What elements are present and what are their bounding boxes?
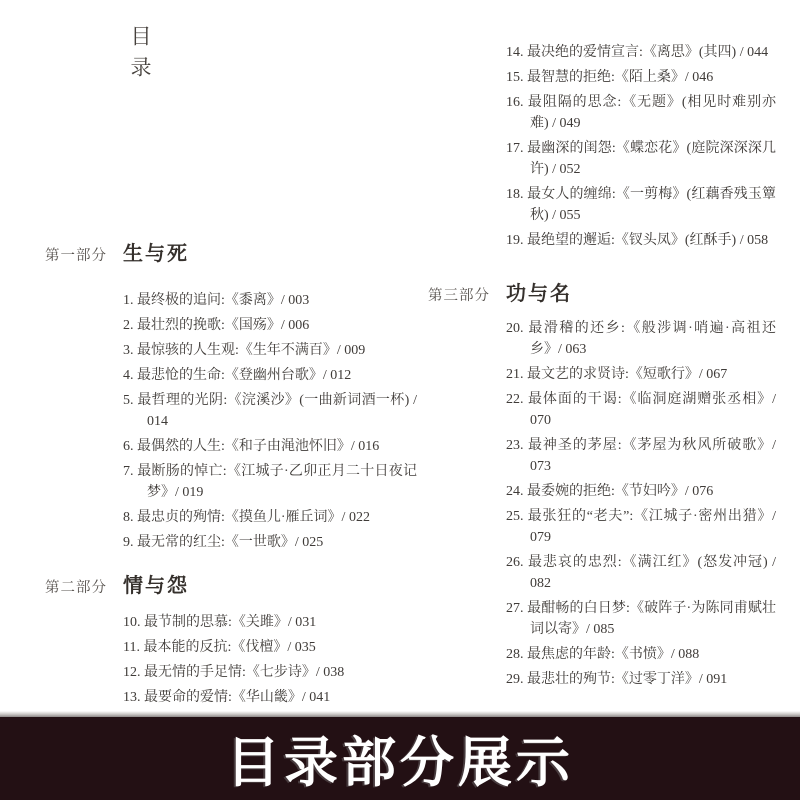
toc-entry: 12. 最无情的手足情:《七步诗》/ 038 — [123, 662, 417, 683]
toc-entry: 10. 最节制的思慕:《关雎》/ 031 — [123, 612, 417, 633]
toc-entry: 8. 最忠贞的殉情:《摸鱼儿·雁丘词》/ 022 — [123, 507, 417, 528]
toc-entry: 18. 最女人的缠绵:《一剪梅》(红藕香残玉簟秋) / 055 — [506, 184, 776, 226]
section-title: 生与死 — [123, 237, 189, 266]
section-label: 第一部分 — [45, 244, 123, 265]
toc-entry: 24. 最委婉的拒绝:《节妇吟》/ 076 — [506, 481, 776, 502]
toc-entry: 22. 最体面的干谒:《临洞庭湖赠张丞相》/ 070 — [506, 389, 776, 431]
toc-entries-part2-continued: 14. 最决绝的爱情宣言:《离思》(其四) / 044 15. 最智慧的拒绝:《… — [428, 42, 776, 251]
toc-entry: 6. 最偶然的人生:《和子由渑池怀旧》/ 016 — [123, 436, 417, 457]
toc-right-column: 14. 最决绝的爱情宣言:《离思》(其四) / 044 15. 最智慧的拒绝:《… — [428, 42, 776, 694]
toc-entry: 16. 最阻隔的思念:《无题》(相见时难别亦难) / 049 — [506, 92, 776, 134]
toc-entry: 25. 最张狂的“老夫”:《江城子·密州出猎》/ 079 — [506, 506, 776, 548]
toc-left-column: 目录 第一部分 生与死 1. 最终极的追问:《黍离》/ 003 2. 最壮烈的挽… — [45, 25, 417, 712]
toc-entry: 15. 最智慧的拒绝:《陌上桑》/ 046 — [506, 67, 776, 88]
toc-entry: 7. 最断肠的悼亡:《江城子·乙卯正月二十日夜记梦》/ 019 — [123, 461, 417, 503]
toc-entry: 3. 最惊骇的人生观:《生年不满百》/ 009 — [123, 340, 417, 361]
section-label: 第二部分 — [45, 576, 123, 597]
toc-entries-part1: 1. 最终极的追问:《黍离》/ 003 2. 最壮烈的挽歌:《国殇》/ 006 … — [45, 290, 417, 553]
toc-entries-part2: 10. 最节制的思慕:《关雎》/ 031 11. 最本能的反抗:《伐檀》/ 03… — [45, 612, 417, 708]
toc-entry: 19. 最绝望的邂逅:《钗头凤》(红酥手) / 058 — [506, 230, 776, 251]
section-heading-part2: 第二部分 情与怨 — [45, 569, 417, 598]
toc-entry: 21. 最文艺的求贤诗:《短歌行》/ 067 — [506, 364, 776, 385]
section-title: 功与名 — [506, 277, 572, 306]
section-heading-part3: 第三部分 功与名 — [428, 277, 776, 306]
toc-entry: 26. 最悲哀的忠烈:《满江红》(怒发冲冠) / 082 — [506, 552, 776, 594]
toc-entry: 28. 最焦虑的年龄:《书愤》/ 088 — [506, 644, 776, 665]
toc-entry: 2. 最壮烈的挽歌:《国殇》/ 006 — [123, 315, 417, 336]
toc-entry: 17. 最幽深的闺怨:《蝶恋花》(庭院深深深几许) / 052 — [506, 138, 776, 180]
toc-entry: 20. 最滑稽的还乡:《般涉调·哨遍·高祖还乡》/ 063 — [506, 318, 776, 360]
banner-title: 目录部分展示 — [226, 720, 574, 797]
toc-entry: 29. 最悲壮的殉节:《过零丁洋》/ 091 — [506, 669, 776, 690]
bottom-banner: 目录部分展示 — [0, 717, 800, 800]
section-title: 情与怨 — [123, 569, 189, 598]
toc-entries-part3: 20. 最滑稽的还乡:《般涉调·哨遍·高祖还乡》/ 063 21. 最文艺的求贤… — [428, 318, 776, 690]
toc-entry: 23. 最神圣的茅屋:《茅屋为秋风所破歌》/ 073 — [506, 435, 776, 477]
toc-entry: 5. 最哲理的光阴:《浣溪沙》(一曲新词酒一杯) / 014 — [123, 390, 417, 432]
section-heading-part1: 第一部分 生与死 — [45, 237, 417, 266]
toc-entry: 9. 最无常的红尘:《一世歌》/ 025 — [123, 532, 417, 553]
toc-entry: 1. 最终极的追问:《黍离》/ 003 — [123, 290, 417, 311]
toc-entry: 11. 最本能的反抗:《伐檀》/ 035 — [123, 637, 417, 658]
section-label: 第三部分 — [428, 284, 506, 305]
toc-entry: 13. 最要命的爱情:《华山畿》/ 041 — [123, 687, 417, 708]
toc-entry: 4. 最悲怆的生命:《登幽州台歌》/ 012 — [123, 365, 417, 386]
toc-entry: 14. 最决绝的爱情宣言:《离思》(其四) / 044 — [506, 42, 776, 63]
toc-page-title: 目录 — [125, 25, 155, 109]
toc-entry: 27. 最酣畅的白日梦:《破阵子·为陈同甫赋壮词以寄》/ 085 — [506, 598, 776, 640]
